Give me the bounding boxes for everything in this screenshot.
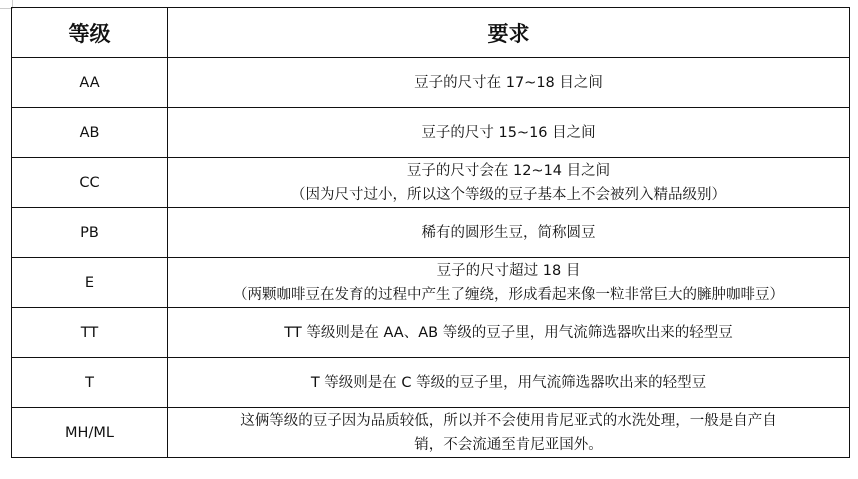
requirement-line: TT 等级则是在 AA、AB 等级的豆子里，用气流筛选器吹出来的轻型豆 <box>174 321 843 345</box>
grade-cell: AB <box>12 108 168 158</box>
requirement-cell: TT 等级则是在 AA、AB 等级的豆子里，用气流筛选器吹出来的轻型豆 <box>168 308 850 358</box>
grade-cell: PB <box>12 208 168 258</box>
requirement-note: （两颗咖啡豆在发育的过程中产生了缠绕，形成看起来像一粒非常巨大的臃肿咖啡豆） <box>174 283 843 307</box>
table-row: PB 稀有的圆形生豆，简称圆豆 <box>12 208 850 258</box>
requirement-line: 稀有的圆形生豆，简称圆豆 <box>174 221 843 245</box>
requirement-cell: 豆子的尺寸超过 18 目 （两颗咖啡豆在发育的过程中产生了缠绕，形成看起来像一粒… <box>168 258 850 308</box>
table-row: AA 豆子的尺寸在 17~18 目之间 <box>12 58 850 108</box>
requirement-line: 豆子的尺寸超过 18 目 <box>174 259 843 283</box>
requirement-line: T 等级则是在 C 等级的豆子里，用气流筛选器吹出来的轻型豆 <box>174 371 843 395</box>
header-requirement: 要求 <box>168 8 850 58</box>
requirement-cell: 豆子的尺寸在 17~18 目之间 <box>168 58 850 108</box>
requirement-line: 豆子的尺寸在 17~18 目之间 <box>174 71 843 95</box>
requirement-cell: 这俩等级的豆子因为品质较低，所以并不会使用肯尼亚式的水洗处理，一般是自产自 销，… <box>168 408 850 458</box>
grade-cell: TT <box>12 308 168 358</box>
table-row: T T 等级则是在 C 等级的豆子里，用气流筛选器吹出来的轻型豆 <box>12 358 850 408</box>
table-row: E 豆子的尺寸超过 18 目 （两颗咖啡豆在发育的过程中产生了缠绕，形成看起来像… <box>12 258 850 308</box>
requirement-line: 豆子的尺寸 15~16 目之间 <box>174 121 843 145</box>
table-row: CC 豆子的尺寸会在 12~14 目之间 （因为尺寸过小，所以这个等级的豆子基本… <box>12 158 850 208</box>
requirement-line: 销，不会流通至肯尼亚国外。 <box>174 433 843 457</box>
requirement-cell: T 等级则是在 C 等级的豆子里，用气流筛选器吹出来的轻型豆 <box>168 358 850 408</box>
requirement-line: 这俩等级的豆子因为品质较低，所以并不会使用肯尼亚式的水洗处理，一般是自产自 <box>174 409 843 433</box>
header-grade: 等级 <box>12 8 168 58</box>
grade-cell: E <box>12 258 168 308</box>
grade-cell: T <box>12 358 168 408</box>
table-row: MH/ML 这俩等级的豆子因为品质较低，所以并不会使用肯尼亚式的水洗处理，一般是… <box>12 408 850 458</box>
requirement-line: 豆子的尺寸会在 12~14 目之间 <box>174 159 843 183</box>
requirement-cell: 豆子的尺寸会在 12~14 目之间 （因为尺寸过小，所以这个等级的豆子基本上不会… <box>168 158 850 208</box>
header-row: 等级 要求 <box>12 8 850 58</box>
grade-cell: CC <box>12 158 168 208</box>
table-row: AB 豆子的尺寸 15~16 目之间 <box>12 108 850 158</box>
requirement-note: （因为尺寸过小，所以这个等级的豆子基本上不会被列入精品级别） <box>174 183 843 207</box>
requirement-cell: 豆子的尺寸 15~16 目之间 <box>168 108 850 158</box>
table-row: TT TT 等级则是在 AA、AB 等级的豆子里，用气流筛选器吹出来的轻型豆 <box>12 308 850 358</box>
grade-cell: AA <box>12 58 168 108</box>
grade-cell: MH/ML <box>12 408 168 458</box>
coffee-grade-table: 等级 要求 AA 豆子的尺寸在 17~18 目之间 AB 豆子的尺寸 15~16… <box>11 7 850 458</box>
requirement-cell: 稀有的圆形生豆，简称圆豆 <box>168 208 850 258</box>
